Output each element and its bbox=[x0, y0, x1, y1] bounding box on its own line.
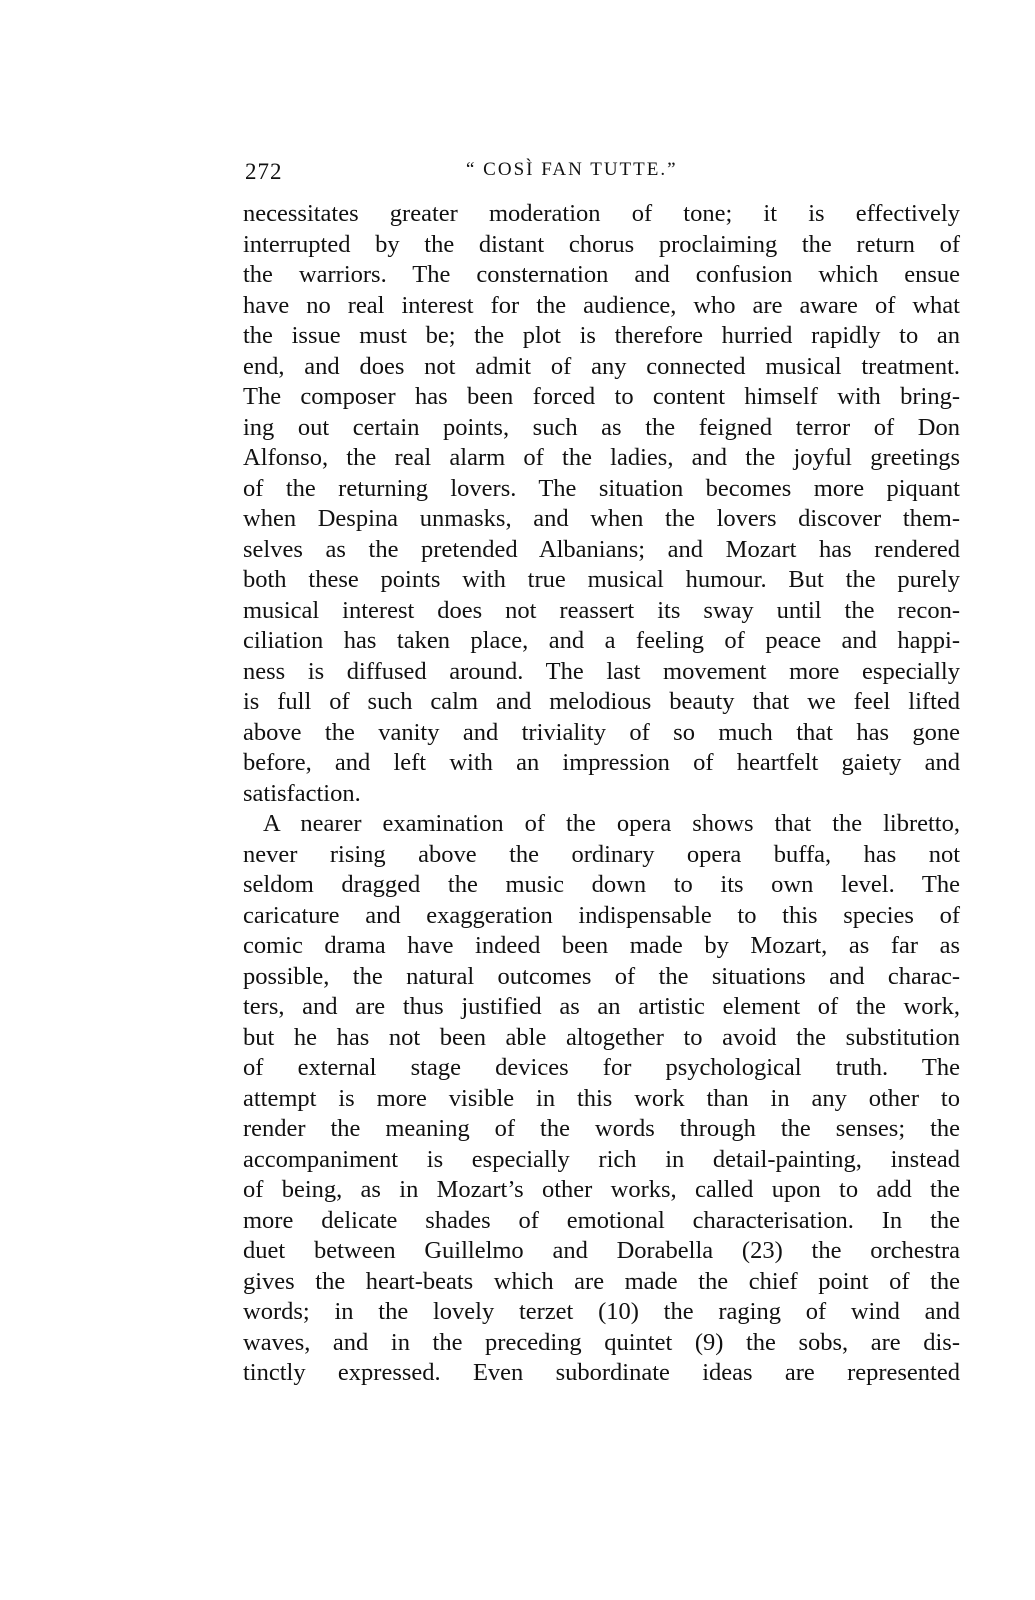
text-line: the warriors. The consternation and conf… bbox=[243, 260, 960, 291]
text-line: end, and does not admit of any connected… bbox=[243, 352, 960, 383]
page-number: 272 bbox=[245, 159, 283, 185]
text-line: The composer has been forced to content … bbox=[243, 382, 960, 413]
text-line: accompaniment is especially rich in deta… bbox=[243, 1145, 960, 1176]
text-line: of the returning lovers. The situation b… bbox=[243, 474, 960, 505]
text-line: A nearer examination of the opera shows … bbox=[243, 809, 960, 840]
text-line: duet between Guillelmo and Dorabella (23… bbox=[243, 1236, 960, 1267]
text-line: necessitates greater moderation of tone;… bbox=[243, 199, 960, 230]
text-line: interrupted by the distant chorus procla… bbox=[243, 230, 960, 261]
text-line: tinctly expressed. Even subordinate idea… bbox=[243, 1358, 960, 1389]
running-head: 272 “ COSÌ FAN TUTTE.” bbox=[243, 150, 960, 190]
text-line: is full of such calm and melodious beaut… bbox=[243, 687, 960, 718]
text-line: caricature and exaggeration indispensabl… bbox=[243, 901, 960, 932]
text-line: above the vanity and triviality of so mu… bbox=[243, 718, 960, 749]
text-line: ness is diffused around. The last moveme… bbox=[243, 657, 960, 688]
text-line: the issue must be; the plot is therefore… bbox=[243, 321, 960, 352]
text-line: possible, the natural outcomes of the si… bbox=[243, 962, 960, 993]
text-line: have no real interest for the audience, … bbox=[243, 291, 960, 322]
text-line: attempt is more visible in this work tha… bbox=[243, 1084, 960, 1115]
body-text: necessitates greater moderation of tone;… bbox=[243, 199, 960, 1389]
text-line: seldom dragged the music down to its own… bbox=[243, 870, 960, 901]
text-line: of external stage devices for psychologi… bbox=[243, 1053, 960, 1084]
text-line: Alfonso, the real alarm of the ladies, a… bbox=[243, 443, 960, 474]
text-line: both these points with true musical humo… bbox=[243, 565, 960, 596]
text-line: gives the heart-beats which are made the… bbox=[243, 1267, 960, 1298]
text-line: musical interest does not reassert its s… bbox=[243, 596, 960, 627]
text-line: never rising above the ordinary opera bu… bbox=[243, 840, 960, 871]
text-line: selves as the pretended Albanians; and M… bbox=[243, 535, 960, 566]
text-line: ciliation has taken place, and a feeling… bbox=[243, 626, 960, 657]
text-line: ing out certain points, such as the feig… bbox=[243, 413, 960, 444]
text-line: render the meaning of the words through … bbox=[243, 1114, 960, 1145]
text-line: when Despina unmasks, and when the lover… bbox=[243, 504, 960, 535]
text-line: words; in the lovely terzet (10) the rag… bbox=[243, 1297, 960, 1328]
text-line: before, and left with an impression of h… bbox=[243, 748, 960, 779]
text-line: but he has not been able altogether to a… bbox=[243, 1023, 960, 1054]
text-line: comic drama have indeed been made by Moz… bbox=[243, 931, 960, 962]
book-page: 272 “ COSÌ FAN TUTTE.” necessitates grea… bbox=[243, 150, 960, 1389]
text-line: more delicate shades of emotional charac… bbox=[243, 1206, 960, 1237]
paragraph-2: A nearer examination of the opera shows … bbox=[243, 809, 960, 1389]
text-line: of being, as in Mozart’s other works, ca… bbox=[243, 1175, 960, 1206]
text-line: waves, and in the preceding quintet (9) … bbox=[243, 1328, 960, 1359]
paragraph-1: necessitates greater moderation of tone;… bbox=[243, 199, 960, 809]
text-line: ters, and are thus justified as an artis… bbox=[243, 992, 960, 1023]
text-line: satisfaction. bbox=[243, 779, 960, 810]
running-title: “ COSÌ FAN TUTTE.” bbox=[466, 159, 678, 181]
